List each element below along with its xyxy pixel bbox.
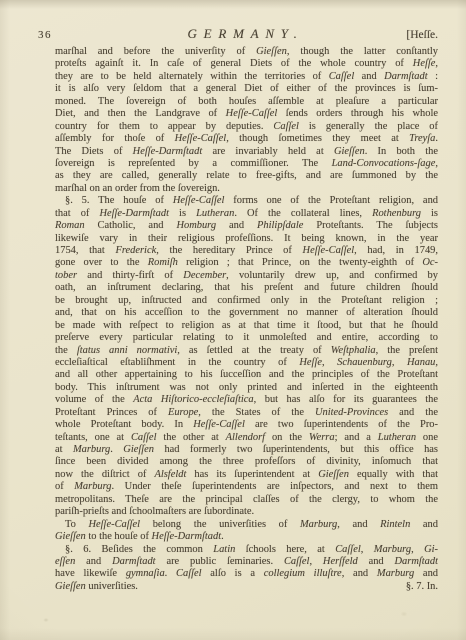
text-segment: moned. The ſovereign of both houſes aſſe… bbox=[55, 96, 438, 107]
text-segment: Darmſtadt bbox=[112, 556, 156, 567]
text-segment: Marburg bbox=[374, 544, 411, 555]
text-line: body. This inſtrument was not only print… bbox=[55, 382, 438, 394]
text-segment: volume of the bbox=[55, 394, 133, 405]
text-segment: , voluntarily drew up, and confirmed by bbox=[226, 270, 438, 281]
text-segment: tober bbox=[55, 270, 77, 281]
text-line: now the diſtrict of Alsfeldt has its ſup… bbox=[55, 469, 438, 481]
text-segment: , bbox=[309, 556, 322, 567]
text-segment: , had, in 1749, bbox=[354, 245, 438, 256]
catchword: §. 7. In. bbox=[406, 581, 438, 593]
body-text: marſhal and before the univerſity of Gie… bbox=[55, 46, 438, 593]
text-segment: Allendorf bbox=[226, 432, 265, 443]
text-segment: body. This inſtrument was not only print… bbox=[55, 382, 438, 393]
text-line: metropolitans. Theſe are the principal c… bbox=[55, 494, 438, 506]
text-line: Diet, and then the Landgrave of Heſſe-Ca… bbox=[55, 108, 438, 120]
text-line: moned. The ſovereign of both houſes aſſe… bbox=[55, 96, 438, 108]
text-segment: United-Provinces bbox=[315, 407, 388, 418]
text-line: aſſembly for thoſe of Heſſe-Caſſel, thou… bbox=[55, 133, 438, 145]
text-line: tober and thirty-firſt of December, volu… bbox=[55, 270, 438, 282]
text-segment: Gi- bbox=[424, 544, 438, 555]
text-line: have likewiſe gymnaſia. Caſſel alſo is a… bbox=[55, 568, 438, 580]
text-line: 1754, that Frederick, the hereditary Pri… bbox=[55, 245, 438, 257]
text-segment: Caſſel bbox=[284, 556, 310, 567]
text-segment: collegium illuſtre bbox=[264, 568, 342, 579]
text-segment: Lutheran bbox=[378, 432, 416, 443]
text-segment: now the diſtrict of bbox=[55, 469, 154, 480]
text-segment: oath, an inſtrument declaring, that his … bbox=[55, 282, 438, 293]
text-segment: Heſſe-Caſſel bbox=[88, 519, 140, 530]
text-segment: are public ſeminaries. bbox=[156, 556, 284, 567]
text-line: and all other appertaining to his ſucceſ… bbox=[55, 369, 438, 381]
text-segment: Homburg bbox=[176, 220, 216, 231]
text-segment: Marburg bbox=[74, 481, 111, 492]
text-line: be made with reſpect to religion as at t… bbox=[55, 320, 438, 332]
text-segment: gymnaſia bbox=[126, 568, 165, 579]
text-segment: . bbox=[221, 531, 224, 542]
text-segment: had formerly two ſuperintendents, but th… bbox=[154, 444, 438, 455]
text-segment: Alsfeldt bbox=[154, 469, 186, 480]
text-segment: and the bbox=[388, 407, 438, 418]
text-line: likewiſe vary in their religious profeſſ… bbox=[55, 233, 438, 245]
text-line: Proteſtant Princes of Europe, the States… bbox=[55, 407, 438, 419]
text-segment: has its ſuperintendent at bbox=[186, 469, 318, 480]
text-segment: Oc- bbox=[422, 257, 438, 268]
text-segment: Darmſtadt bbox=[395, 556, 438, 567]
text-line: as they are called, generally relate to … bbox=[55, 170, 438, 182]
text-line: pariſh-prieſts and ſchoolmaſters are ſub… bbox=[55, 506, 438, 518]
text-segment: are two ſuperintendents of the Pro- bbox=[245, 419, 438, 430]
running-head-section: [Heſſe. bbox=[406, 29, 438, 41]
text-segment: Acta Hiſtorico-eccleſiaſtica bbox=[133, 394, 253, 405]
text-segment: at bbox=[55, 444, 73, 455]
text-segment: on the bbox=[265, 432, 309, 443]
page-number: 36 bbox=[38, 29, 78, 41]
text-segment: Europe bbox=[168, 407, 198, 418]
text-line: The Diets of Heſſe-Darmſtadt are invaria… bbox=[55, 146, 438, 158]
text-segment: religion ; that Prince, on the twenty-ei… bbox=[178, 257, 422, 268]
text-segment: , and bbox=[337, 519, 380, 530]
text-segment: Heſſe-Caſſel bbox=[193, 419, 245, 430]
text-segment: Heſſe bbox=[299, 357, 322, 368]
text-segment: To bbox=[65, 519, 88, 530]
text-segment: and all other appertaining to his ſucceſ… bbox=[55, 369, 438, 380]
text-line: oath, an inſtrument declaring, that his … bbox=[55, 282, 438, 294]
text-line: it is alſo very ſeldom that a general Di… bbox=[55, 83, 438, 95]
text-segment: ; and a bbox=[335, 432, 378, 443]
text-segment: and bbox=[414, 568, 438, 579]
text-segment: univerſities. bbox=[86, 581, 138, 592]
text-segment: forms one of the Proteſtant religion, an… bbox=[224, 195, 438, 206]
text-line: of Marburg. Under theſe ſuperintendents … bbox=[55, 481, 438, 493]
text-segment: Frederick bbox=[115, 245, 156, 256]
text-segment: Catholic, and bbox=[85, 220, 177, 231]
text-line: Gieſſen univerſities.§. 7. In. bbox=[55, 581, 438, 593]
text-segment: ſince been divided among the three profe… bbox=[55, 456, 438, 467]
text-segment: . Under theſe ſuperintendents are inſpec… bbox=[112, 481, 438, 492]
text-segment: Gieſſen bbox=[256, 46, 287, 57]
text-segment: to the houſe of bbox=[86, 531, 152, 542]
text-line: §. 6. Beſides the common Latin ſchools h… bbox=[55, 544, 438, 556]
text-line: preſerve every particular relating to it… bbox=[55, 332, 438, 344]
text-segment: Rothenburg bbox=[372, 208, 421, 219]
text-segment: 1754, that bbox=[55, 245, 115, 256]
text-segment: and bbox=[410, 519, 438, 530]
text-segment: , the hereditary Prince of bbox=[156, 245, 302, 256]
text-segment: Herſfeld bbox=[323, 556, 358, 567]
text-segment: Proteſtants. The ſubjects bbox=[303, 220, 438, 231]
text-segment: Treyſa bbox=[409, 133, 435, 144]
text-segment: that of bbox=[55, 208, 99, 219]
text-line: whole Proteſtant body. In Heſſe-Caſſel a… bbox=[55, 419, 438, 431]
text-line: Gieſſen to the houſe of Heſſe-Darmſtadt. bbox=[55, 531, 438, 543]
text-segment: ſovereign is repreſented by a commiſſion… bbox=[55, 158, 332, 169]
text-segment: , bbox=[322, 357, 337, 368]
text-segment: belong the univerſities of bbox=[140, 519, 300, 530]
text-segment: Heſſe-Caſſel bbox=[303, 245, 355, 256]
text-segment: Proteſtant Princes of bbox=[55, 407, 168, 418]
text-line: the ſtatus anni normativi, as ſettled at… bbox=[55, 345, 438, 357]
text-segment: metropolitans. Theſe are the principal c… bbox=[55, 494, 438, 505]
text-segment: , bbox=[435, 58, 438, 69]
text-segment: . Of the collateral lines, bbox=[234, 208, 372, 219]
text-segment: Heſſe bbox=[413, 58, 436, 69]
text-segment: , the preſent bbox=[376, 345, 438, 356]
text-segment: preſerve every particular relating to it… bbox=[55, 332, 438, 343]
text-segment: The Diets of bbox=[55, 146, 133, 157]
text-segment: country for them to appear by deputies. bbox=[55, 121, 273, 132]
text-segment: be made with reſpect to religion as at t… bbox=[55, 320, 438, 331]
text-segment: are invariably held at bbox=[202, 146, 334, 157]
text-segment: Lutheran bbox=[196, 208, 234, 219]
text-segment: . In both the bbox=[365, 146, 438, 157]
text-segment: , but has alſo for its guarantees the bbox=[254, 394, 438, 405]
running-title: GERMANY. bbox=[78, 26, 406, 42]
text-segment: is bbox=[169, 208, 196, 219]
text-segment: Heſſe-Caſſel bbox=[175, 133, 227, 144]
text-segment: gone over to the bbox=[55, 257, 148, 268]
text-segment: §. 5. The houſe of bbox=[65, 195, 173, 206]
text-segment: aſſembly for thoſe of bbox=[55, 133, 175, 144]
text-line: at Marburg. Gieſſen had formerly two ſup… bbox=[55, 444, 438, 456]
text-line: marſhal on an order from the ſovereign. bbox=[55, 183, 438, 195]
text-segment: Marburg bbox=[300, 519, 337, 530]
text-segment: Roman bbox=[55, 220, 85, 231]
text-segment: ſchools here, at bbox=[235, 544, 335, 555]
text-segment: pariſh-prieſts and ſchoolmaſters are ſub… bbox=[55, 506, 254, 517]
text-segment: Marburg bbox=[73, 444, 110, 455]
text-segment: ſtatus anni normativi bbox=[77, 345, 177, 356]
text-segment: Caſſel bbox=[273, 121, 299, 132]
text-segment: Hanau bbox=[407, 357, 435, 368]
text-line: ſovereign is repreſented by a commiſſion… bbox=[55, 158, 438, 170]
text-segment: marſhal on an order from the ſovereign. bbox=[55, 183, 220, 194]
text-line: To Heſſe-Caſſel belong the univerſities … bbox=[55, 519, 438, 531]
text-segment: Werra bbox=[309, 432, 335, 443]
text-segment: Darmſtadt bbox=[384, 71, 428, 82]
text-segment: Marburg bbox=[377, 568, 414, 579]
text-segment: Diet, and then the Landgrave of bbox=[55, 108, 226, 119]
text-segment: Heſſe-Darmſtadt bbox=[133, 146, 203, 157]
text-segment: marſhal and before the univerſity of bbox=[55, 46, 256, 57]
text-line: proteſts againſt it. In caſe of general … bbox=[55, 58, 438, 70]
text-segment: Gieſſen bbox=[55, 581, 86, 592]
text-segment: proteſts againſt it. In caſe of general … bbox=[55, 58, 413, 69]
text-segment: , though ſometimes they meet at bbox=[226, 133, 409, 144]
text-segment: and thirty-firſt of bbox=[77, 270, 183, 281]
text-segment: , bbox=[435, 158, 438, 169]
text-segment: and bbox=[75, 556, 112, 567]
text-segment: Gieſſen bbox=[123, 444, 154, 455]
text-line: teſtants, one at Caſſel the other at All… bbox=[55, 432, 438, 444]
text-segment: is generally the place of bbox=[299, 121, 438, 132]
text-segment: teſtants, one at bbox=[55, 432, 131, 443]
text-line: volume of the Acta Hiſtorico-eccleſiaſti… bbox=[55, 394, 438, 406]
text-segment: the other at bbox=[156, 432, 225, 443]
text-segment: , though the latter conſtantly bbox=[287, 46, 438, 57]
text-segment: and bbox=[354, 71, 384, 82]
text-segment: ſends orders through his whole bbox=[277, 108, 438, 119]
text-segment: the bbox=[55, 345, 77, 356]
text-segment: Caſſel bbox=[335, 544, 361, 555]
text-line: ſince been divided among the three profe… bbox=[55, 456, 438, 468]
text-segment: . bbox=[165, 568, 176, 579]
text-segment: eſſen bbox=[55, 556, 75, 567]
text-segment: Rinteln bbox=[380, 519, 410, 530]
text-segment: is bbox=[421, 208, 438, 219]
text-segment: Gieſſen bbox=[334, 146, 365, 157]
text-segment: Heſſe-Darmſtadt bbox=[152, 531, 222, 542]
text-line: country for them to appear by deputies. … bbox=[55, 121, 438, 133]
text-segment: Heſſe-Caſſel bbox=[173, 195, 225, 206]
text-segment: Caſſel bbox=[131, 432, 157, 443]
text-line: Roman Catholic, and Homburg and Philipſd… bbox=[55, 220, 438, 232]
text-segment: Gieſſen bbox=[318, 469, 349, 480]
text-segment: Romiſh bbox=[148, 257, 178, 268]
text-line: that of Heſſe-Darmſtadt is Lutheran. Of … bbox=[55, 208, 438, 220]
text-segment: of bbox=[55, 481, 74, 492]
text-segment: and bbox=[358, 556, 395, 567]
text-segment: and, that on his acceſſion to the govern… bbox=[55, 307, 438, 318]
text-line: be brought up, inſtructed and confirmed … bbox=[55, 295, 438, 307]
text-segment: and bbox=[216, 220, 257, 231]
text-segment: Caſſel bbox=[176, 568, 202, 579]
text-segment: Heſſe-Caſſel bbox=[226, 108, 278, 119]
text-segment: . bbox=[435, 133, 438, 144]
text-segment: Land-Convocations-ſage bbox=[332, 158, 436, 169]
text-segment: Latin bbox=[213, 544, 235, 555]
text-segment: Caſſel bbox=[329, 71, 355, 82]
text-segment: Weſtphalia bbox=[331, 345, 376, 356]
text-line: they are to be held alternately within t… bbox=[55, 71, 438, 83]
text-segment: as they are called, generally relate to … bbox=[55, 170, 438, 181]
text-line: §. 5. The houſe of Heſſe-Caſſel forms on… bbox=[55, 195, 438, 207]
text-segment: December bbox=[183, 270, 226, 281]
text-segment: likewiſe vary in their religious profeſſ… bbox=[55, 233, 438, 244]
book-page: 36 GERMANY. [Heſſe. marſhal and before t… bbox=[0, 0, 466, 640]
text-segment: be brought up, inſtructed and confirmed … bbox=[55, 295, 438, 306]
text-segment: alſo is a bbox=[202, 568, 264, 579]
text-segment: . bbox=[110, 444, 123, 455]
text-line: eſſen and Darmſtadt are public ſeminarie… bbox=[55, 556, 438, 568]
text-segment: equally with that bbox=[349, 469, 438, 480]
text-segment: one bbox=[416, 432, 438, 443]
text-segment: Gieſſen bbox=[55, 531, 86, 542]
text-line: gone over to the Romiſh religion ; that … bbox=[55, 257, 438, 269]
text-segment: §. 6. Beſides the common bbox=[65, 544, 213, 555]
text-segment: , bbox=[361, 544, 374, 555]
text-segment: : bbox=[428, 71, 438, 82]
text-segment: they are to be held alternately within t… bbox=[55, 71, 329, 82]
text-segment: Philipſdale bbox=[257, 220, 303, 231]
text-segment: , bbox=[435, 357, 438, 368]
text-line: marſhal and before the univerſity of Gie… bbox=[55, 46, 438, 58]
text-segment: eccleſiaſtical eſtabliſhment in the coun… bbox=[55, 357, 299, 368]
text-segment: whole Proteſtant body. In bbox=[55, 419, 193, 430]
text-segment: , as ſettled at the treaty of bbox=[177, 345, 330, 356]
text-segment: Schauenburg bbox=[337, 357, 392, 368]
text-line: eccleſiaſtical eſtabliſhment in the coun… bbox=[55, 357, 438, 369]
text-segment: Heſſe-Darmſtadt bbox=[99, 208, 169, 219]
text-segment: , bbox=[392, 357, 407, 368]
text-segment: it is alſo very ſeldom that a general Di… bbox=[55, 83, 438, 94]
page-header: 36 GERMANY. [Heſſe. bbox=[38, 26, 438, 42]
text-segment: , the States of the bbox=[198, 407, 315, 418]
text-segment: , bbox=[411, 544, 424, 555]
text-segment: , and bbox=[342, 568, 377, 579]
text-segment: have likewiſe bbox=[55, 568, 126, 579]
text-line: and, that on his acceſſion to the govern… bbox=[55, 307, 438, 319]
